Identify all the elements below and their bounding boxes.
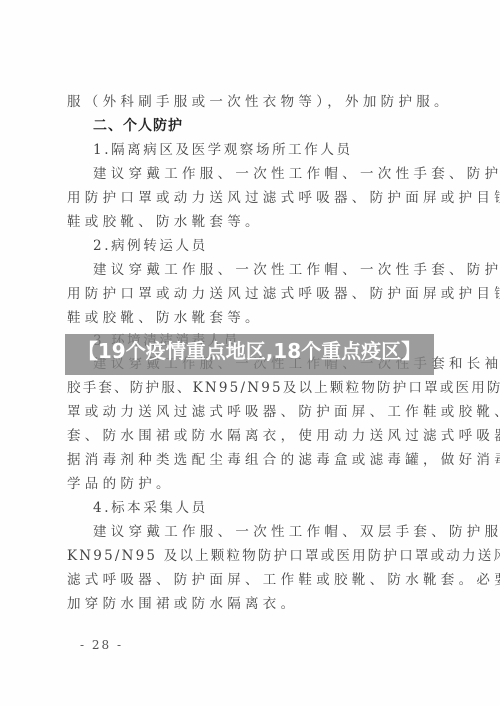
body-line: 鞋或胶靴、防水靴套等。 — [67, 306, 439, 330]
body-line: 建议穿戴工作服、一次性工作帽、双层手套、防护服、 — [93, 520, 439, 544]
body-line: 罩或动力送风过滤式呼吸器、防护面屏、工作鞋或胶靴、防水靴 — [67, 400, 439, 424]
body-line: 鞋或胶靴、防水靴套等。 — [67, 210, 439, 234]
banner-title: 【19个疫情重点地区,18个重点疫区】 — [78, 335, 421, 364]
title-banner-overlay: 【19个疫情重点地区,18个重点疫区】 — [65, 334, 434, 375]
section-heading: 二、个人防护 — [93, 114, 439, 138]
body-line: 胶手套、防护服、KN95/N95及以上颗粒物防护口罩或医用防护口 — [67, 376, 439, 400]
body-line: 建议穿戴工作服、一次性工作帽、一次性手套、防护服、医 — [93, 162, 439, 186]
body-line: 用防护口罩或动力送风过滤式呼吸器、防护面屏或护目镜、工作 — [67, 186, 439, 210]
subsection-title: 1.隔离病区及医学观察场所工作人员 — [93, 138, 439, 162]
body-line: 加穿防水围裙或防水隔离衣。 — [67, 592, 439, 616]
body-line: 建议穿戴工作服、一次性工作帽、一次性手套、防护服、医 — [93, 258, 439, 282]
body-line: 滤式呼吸器、防护面屏、工作鞋或胶靴、防水靴套。必要时，可 — [67, 568, 439, 592]
body-line: 据消毒剂种类选配尘毒组合的滤毒盒或滤毒罐，做好消毒剂等化 — [67, 448, 439, 472]
subsection-title: 4.标本采集人员 — [93, 496, 439, 520]
body-line: KN95/N95 及以上颗粒物防护口罩或医用防护口罩或动力送风过 — [67, 544, 439, 568]
body-line: 用防护口罩或动力送风过滤式呼吸器、防护面屏或护目镜、工作 — [67, 282, 439, 306]
body-line: 服（外科刷手服或一次性衣物等），外加防护服。 — [67, 90, 439, 114]
body-line: 学品的防护。 — [67, 472, 439, 496]
subsection-title: 2.病例转运人员 — [93, 234, 439, 258]
page-number: - 28 - — [80, 638, 123, 652]
body-line: 套、防水围裙或防水隔离衣，使用动力送风过滤式呼吸器时，根 — [67, 424, 439, 448]
document-page: 服（外科刷手服或一次性衣物等），外加防护服。 二、个人防护 1.隔离病区及医学观… — [0, 0, 500, 706]
